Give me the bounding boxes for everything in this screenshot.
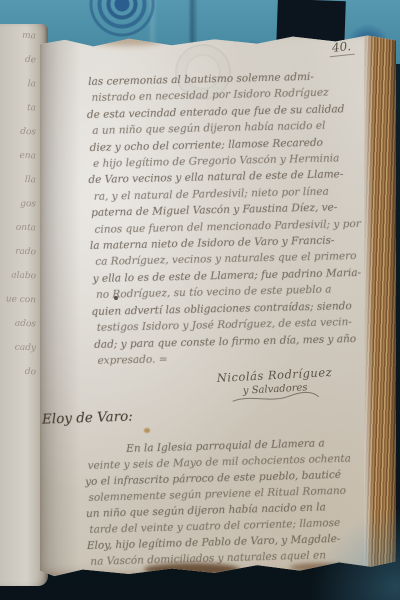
manuscript-page: 40. las ceremonias al bautismo solemne a… (40, 30, 396, 580)
record-eloy-paragraph: En la Iglesia parroquial de Llamera a ve… (84, 434, 369, 570)
ink-stain (290, 563, 350, 572)
page-gutter-shadow (40, 30, 80, 580)
signature-block: Nicolás Rodríguez y Salvadores (189, 364, 361, 408)
page-number: 40. (328, 39, 355, 58)
record-previous-paragraph: las ceremonias al bautismo solemne admi-… (88, 68, 371, 369)
manuscript-photograph: ma de la ta dos ena lla gos onta rado al… (0, 0, 400, 600)
ink-stain (144, 428, 150, 433)
record-heading: Eloy de Varo: (42, 408, 133, 427)
